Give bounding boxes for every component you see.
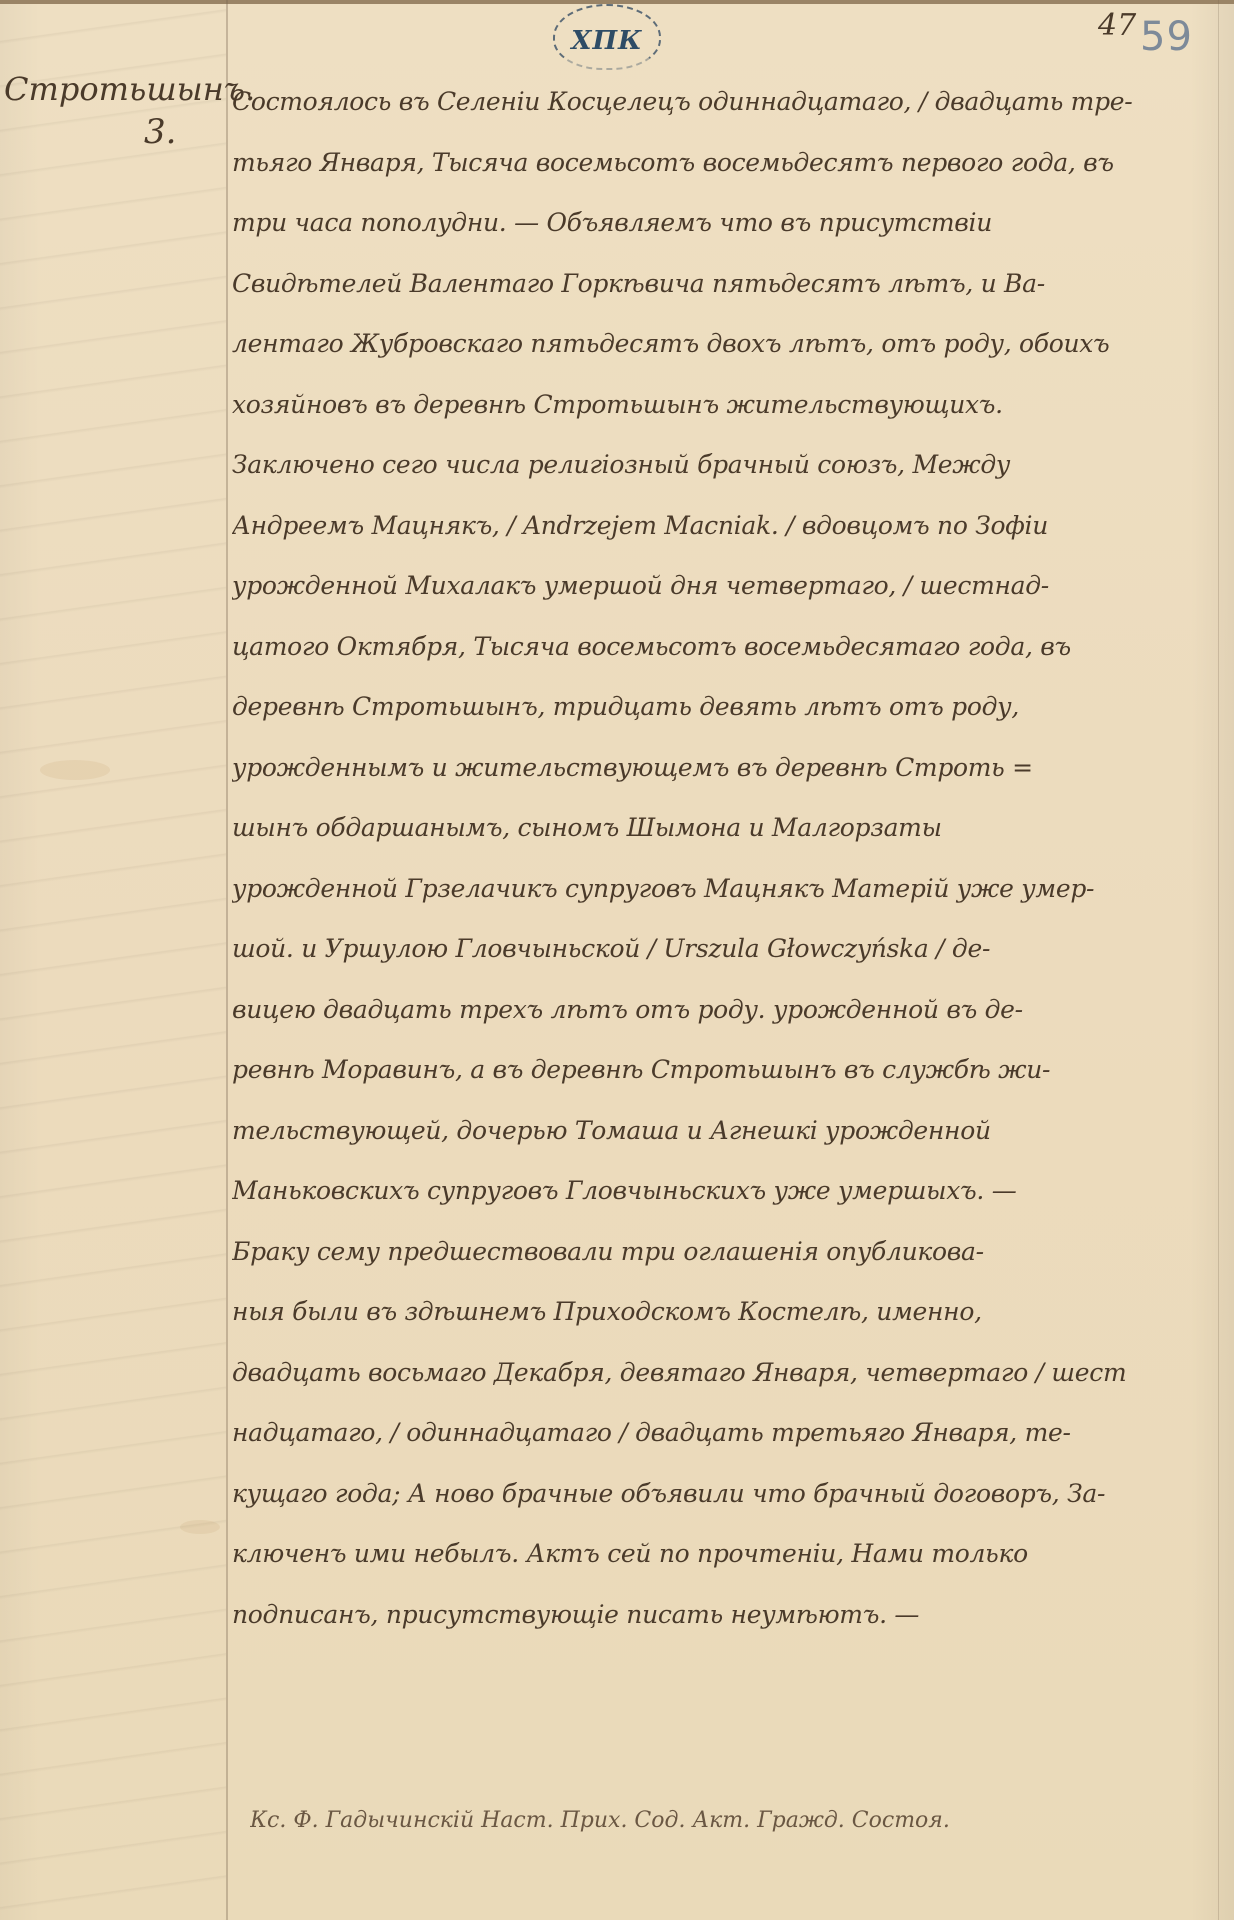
text-line: урожденнымъ и жительствующемъ въ деревнѣ… [232,738,1212,799]
text-line: кущаго года; А ново брачные объявили что… [232,1464,1212,1525]
text-line: деревнѣ Стротьшынъ, тридцать девять лѣтъ… [232,677,1212,738]
record-body: Состоялось въ Селеніи Косцелецъ одиннадц… [232,72,1212,1645]
text-line: надцатаго, / одиннадцатаго / двадцать тр… [232,1403,1212,1464]
text-line: двадцать восьмаго Декабря, девятаго Янва… [232,1343,1212,1404]
margin-village-name: Стротьшынъ. [4,70,224,108]
text-line: тьяго Января, Тысяча восемьсотъ восемьде… [232,133,1212,194]
right-edge-line [1218,0,1219,1920]
text-line: урожденной Михалакъ умершой дня четверта… [232,556,1212,617]
text-line: три часа пополудни. — Объявляемъ что въ … [232,193,1212,254]
text-line: ключенъ ими небылъ. Актъ сей по прочтені… [232,1524,1212,1585]
text-line: ныя были въ здѣшнемъ Приходскомъ Костелѣ… [232,1282,1212,1343]
text-line: Браку сему предшествовали три оглашенія … [232,1222,1212,1283]
text-line: урожденной Грзелачикъ супруговъ Мацнякъ … [232,859,1212,920]
archive-stamp: ХПК [553,4,661,70]
text-line: цатого Октября, Тысяча восемьсотъ восемь… [232,617,1212,678]
archive-stamp-text: ХПК [571,26,642,56]
text-line: шой. и Уршулою Гловчыньской / Urszula Gł… [232,919,1212,980]
text-line: подписанъ, присутствующіе писать неумѣют… [232,1585,1212,1646]
text-line: шынъ обдаршанымъ, сыномъ Шымона и Малгор… [232,798,1212,859]
paper-stain [180,1520,220,1534]
text-line: Маньковскихъ супруговъ Гловчыньскихъ уже… [232,1161,1212,1222]
text-line: хозяйновъ въ деревнѣ Стротьшынъ жительст… [232,375,1212,436]
document-page: ХПК 47 59 Стротьшынъ. 3. Состоялось въ С… [0,0,1234,1920]
priest-signature: Кс. Ф. Гадычинскій Наст. Прих. Сод. Акт.… [250,1808,1210,1833]
text-line: Андреемъ Мацнякъ, / Andrzejem Macniak. /… [232,496,1212,557]
folio-number-ink: 47 [1098,8,1136,43]
folio-number-pencil: 59 [1140,14,1193,60]
text-line: Состоялось въ Селеніи Косцелецъ одиннадц… [232,72,1212,133]
text-line: Свидѣтелей Валентаго Горкѣвича пятьдесят… [232,254,1212,315]
text-line: тельствующей, дочерью Томаша и Агнешкі у… [232,1101,1212,1162]
bleed-through-text [0,0,226,1920]
margin-note: Стротьшынъ. 3. [4,70,224,152]
text-line: вицею двадцать трехъ лѣтъ отъ роду. урож… [232,980,1212,1041]
margin-rule-line [226,0,228,1920]
text-line: ревнѣ Моравинъ, а въ деревнѣ Стротьшынъ … [232,1040,1212,1101]
entry-number: 3. [144,112,224,152]
paper-stain [40,760,110,780]
text-line: лентаго Жубровскаго пятьдесятъ двохъ лѣт… [232,314,1212,375]
text-line: Заключено сего числа религіозный брачный… [232,435,1212,496]
